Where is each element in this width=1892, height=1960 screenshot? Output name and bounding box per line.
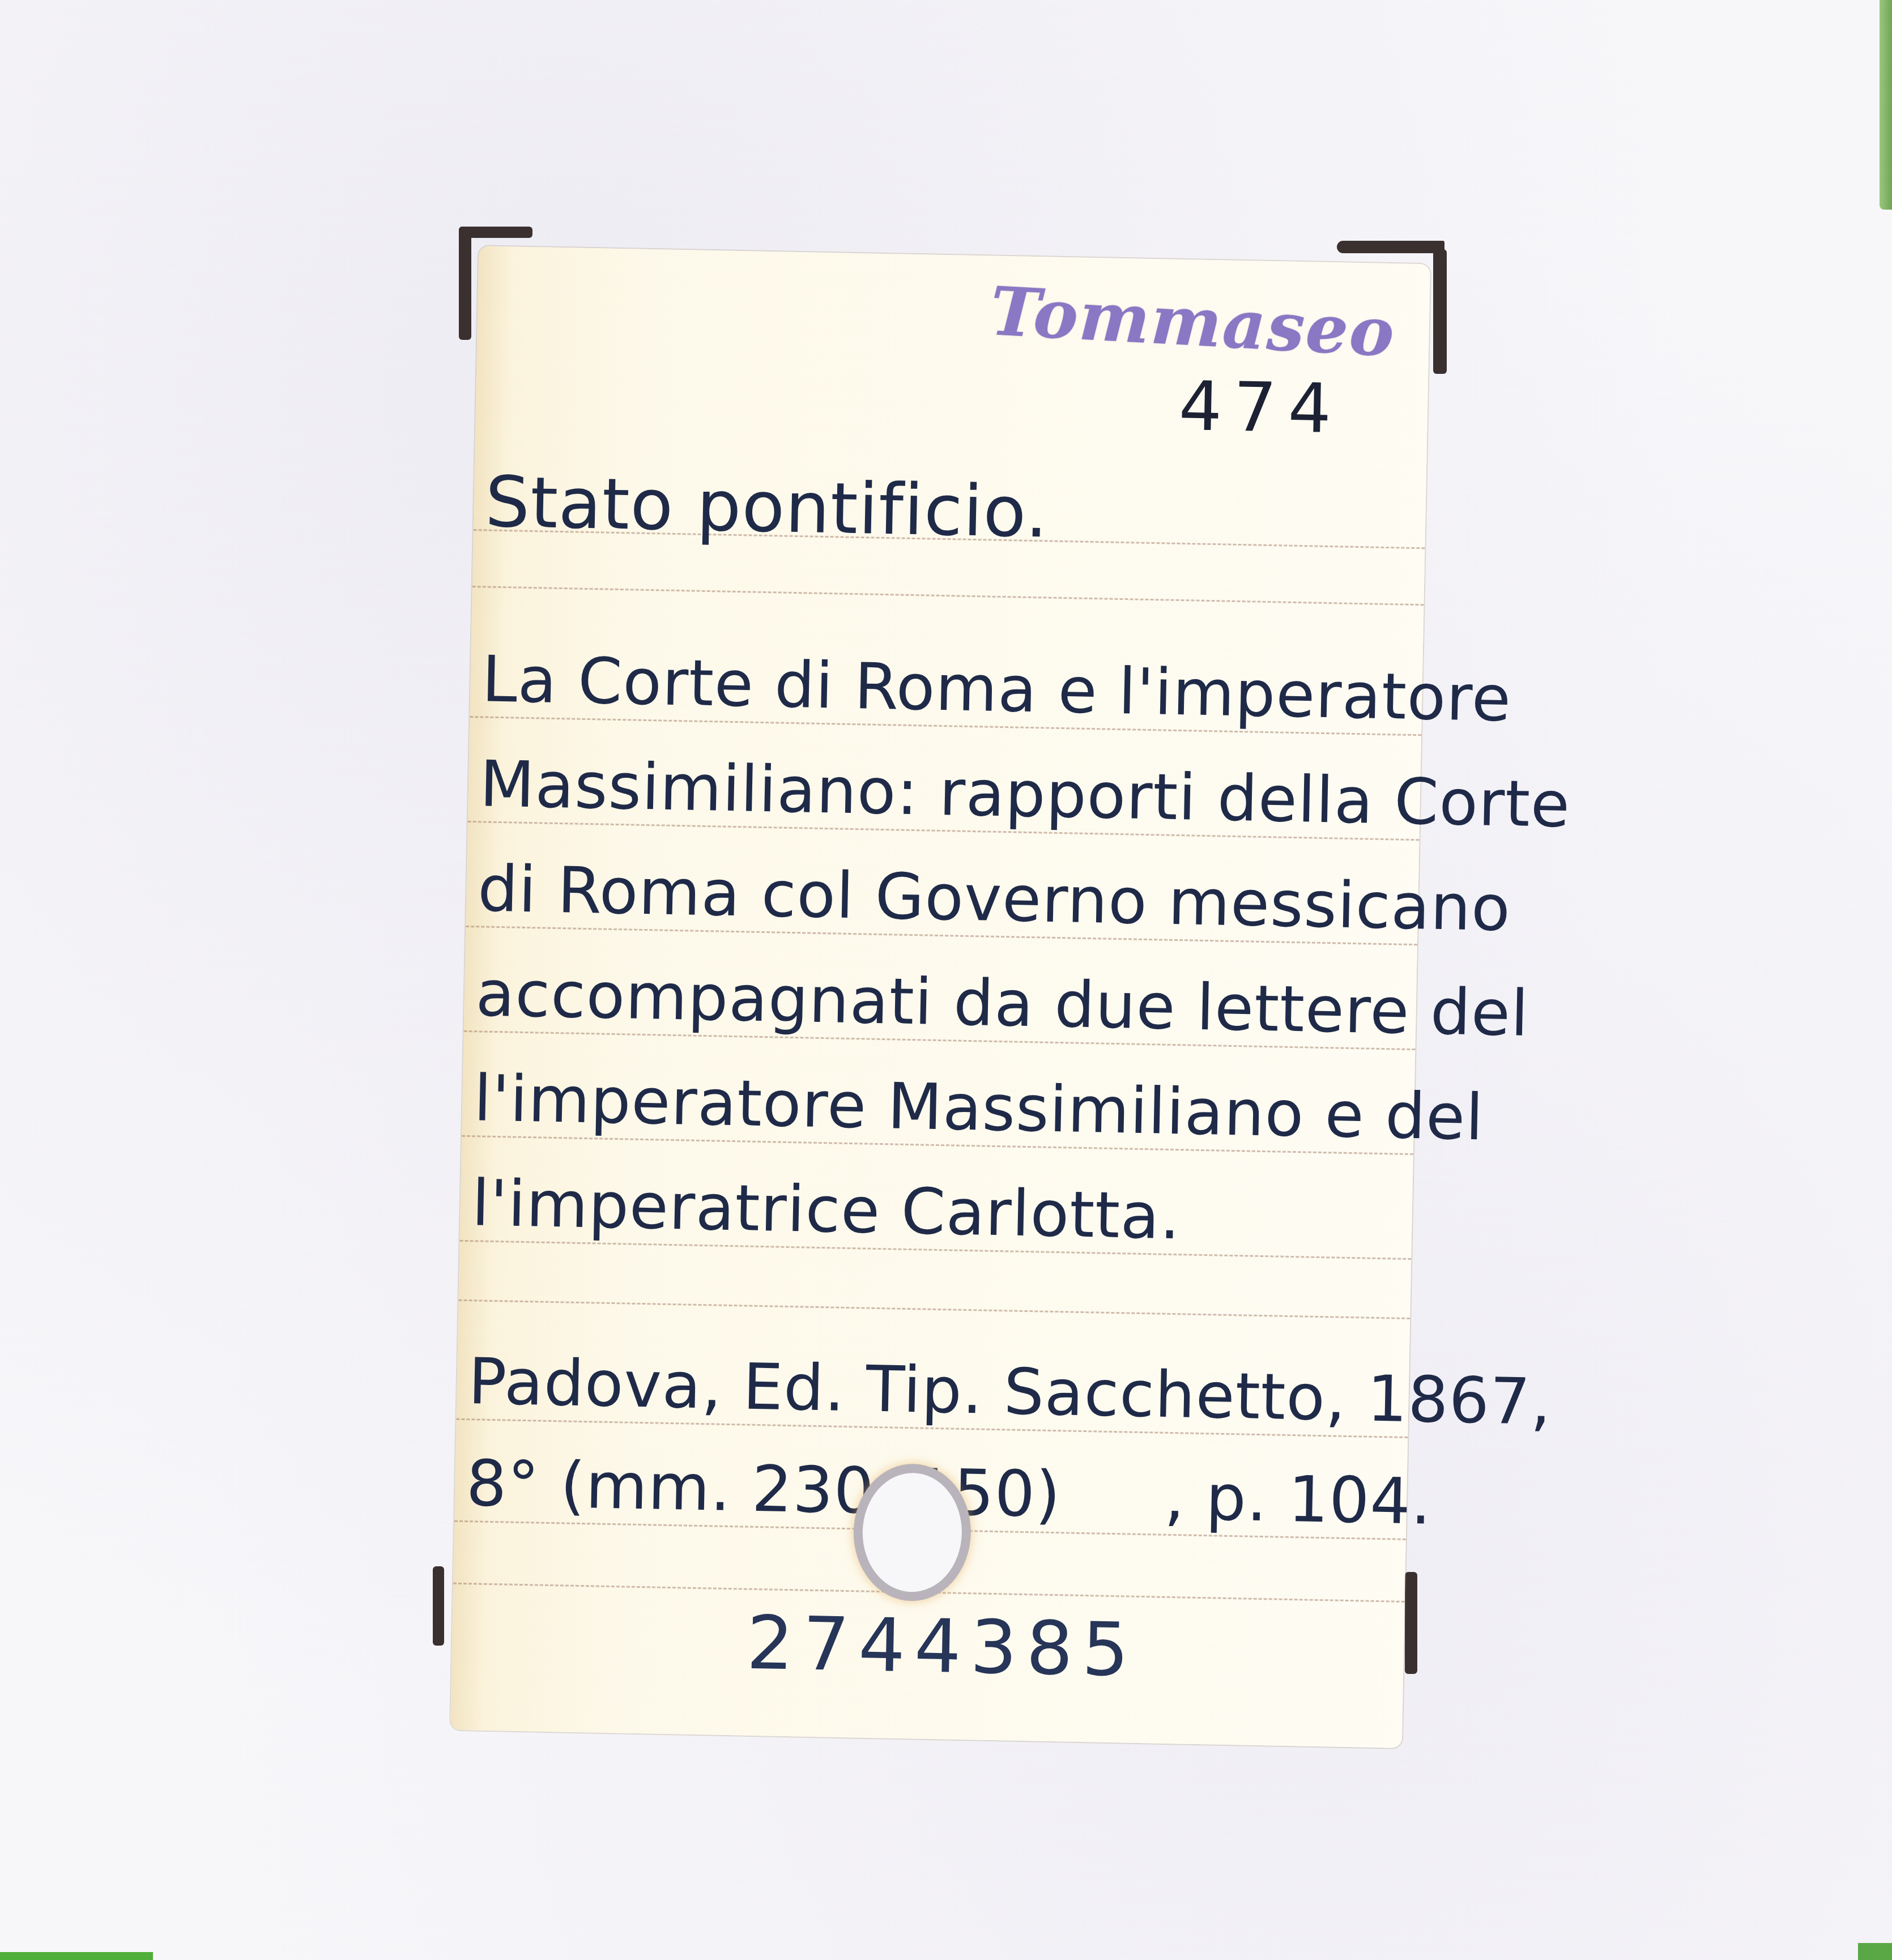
title-line: accompagnati da due lettere del	[475, 957, 1530, 1051]
imprint-line: Padova, Ed. Tip. Sacchetto, 1867,	[468, 1345, 1552, 1439]
scan-edge-green-corner	[1858, 1943, 1892, 1960]
corner-clip-bottom-left	[433, 1566, 444, 1646]
corner-clip-top-left	[459, 227, 471, 340]
shelf-number: 474	[1178, 367, 1344, 449]
scan-edge-green	[1880, 0, 1892, 210]
corner-clip-top-left-arm	[459, 227, 532, 238]
index-card: Tommaseo 474 Stato pontificio. La Corte …	[450, 246, 1430, 1748]
title-line: Massimiliano: rapporti della Corte	[479, 747, 1571, 842]
library-stamp: Tommaseo	[988, 271, 1397, 372]
corner-clip-bottom-right	[1405, 1572, 1417, 1674]
title-line: l'imperatore Massimiliano e del	[473, 1062, 1484, 1154]
title-line: l'imperatrice Carlotta.	[471, 1166, 1182, 1254]
ruled-line	[472, 586, 1424, 606]
corner-clip-top-right-arm	[1337, 241, 1444, 253]
scan-edge-green-bottom	[0, 1952, 153, 1960]
ruled-line	[459, 1299, 1411, 1319]
catalog-number: 2744385	[746, 1600, 1139, 1693]
corner-clip-top-right	[1433, 249, 1447, 374]
title-line: di Roma col Governo messicano	[477, 852, 1511, 945]
subject-heading: Stato pontificio.	[484, 461, 1049, 553]
title-line: La Corte di Roma e l'imperatore	[481, 642, 1512, 736]
